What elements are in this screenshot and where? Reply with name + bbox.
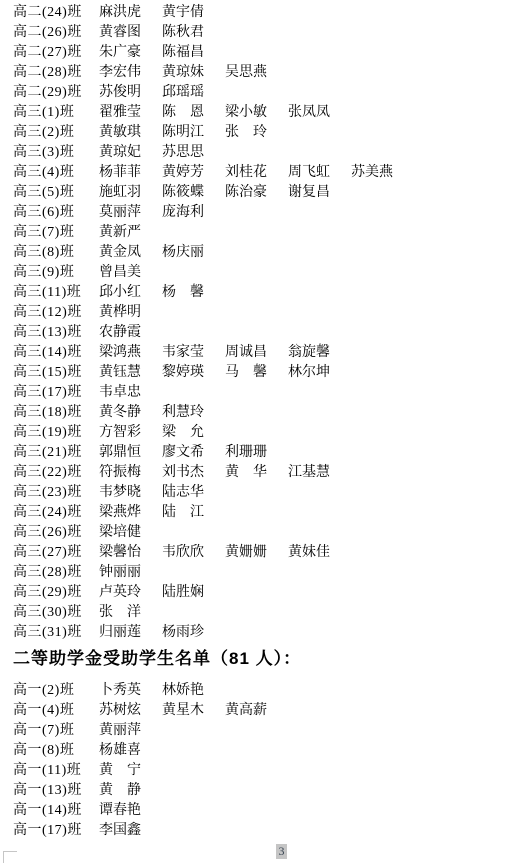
student-list-row: 高三(9)班曾昌美 [0, 263, 522, 283]
student-name: 符振梅 [99, 463, 162, 483]
student-list-row: 高三(28)班钟丽丽 [0, 563, 522, 583]
student-name: 李国鑫 [99, 821, 162, 841]
student-list-row: 高三(14)班梁鸿燕韦家莹周诚昌翁旋馨 [0, 343, 522, 363]
class-label: 高三(17)班 [13, 383, 99, 403]
student-list-row: 高三(3)班黄琼妃苏思思 [0, 143, 522, 163]
student-list-row: 高一(11)班黄 宁 [0, 761, 522, 781]
student-list-row: 高三(6)班莫丽萍庞海利 [0, 203, 522, 223]
student-name: 黄金凤 [99, 243, 162, 263]
student-name: 陈秋君 [162, 23, 225, 43]
class-label: 高三(18)班 [13, 403, 99, 423]
student-name: 周诚昌 [225, 343, 288, 363]
student-name: 黄妹佳 [288, 543, 351, 563]
student-name: 黄 华 [225, 463, 288, 483]
student-name: 周飞虹 [288, 163, 351, 183]
class-label: 高三(15)班 [13, 363, 99, 383]
student-list-row: 高二(29)班苏俊明邱瑶瑶 [0, 83, 522, 103]
student-name: 谢复昌 [288, 183, 351, 203]
student-list-row: 高三(18)班黄冬静利慧玲 [0, 403, 522, 423]
student-name: 梁燕烨 [99, 503, 162, 523]
student-name: 邱小红 [99, 283, 162, 303]
class-label: 高一(4)班 [13, 701, 99, 721]
document-page: 高二(24)班麻洪虎黄宇倩高二(26)班黄睿图陈秋君高二(27)班朱广豪陈福昌高… [0, 0, 522, 863]
student-list-row: 高三(17)班韦卓忠 [0, 383, 522, 403]
class-label: 高三(14)班 [13, 343, 99, 363]
student-name: 黄 静 [99, 781, 162, 801]
student-name: 黄敏琪 [99, 123, 162, 143]
class-label: 高三(19)班 [13, 423, 99, 443]
student-list-row: 高三(13)班农静霞 [0, 323, 522, 343]
student-list-row: 高三(31)班归丽莲杨雨珍 [0, 623, 522, 643]
student-name: 郭鼎恒 [99, 443, 162, 463]
student-list-row: 高三(2)班黄敏琪陈明江张 玲 [0, 123, 522, 143]
student-list-row: 高二(28)班李宏伟黄琼妹吴思燕 [0, 63, 522, 83]
second-tier-student-list: 高一(2)班卜秀英林娇艳高一(4)班苏树炫黄星木黄高薪高一(7)班黄丽萍高一(8… [0, 671, 522, 841]
student-list-row: 高二(27)班朱广豪陈福昌 [0, 43, 522, 63]
class-label: 高三(28)班 [13, 563, 99, 583]
student-list-row: 高二(24)班麻洪虎黄宇倩 [0, 3, 522, 23]
student-name: 陈筱蝶 [162, 183, 225, 203]
class-label: 高三(21)班 [13, 443, 99, 463]
student-name: 张凤凤 [288, 103, 351, 123]
student-name: 陈治豪 [225, 183, 288, 203]
student-name: 韦家莹 [162, 343, 225, 363]
class-label: 高二(27)班 [13, 43, 99, 63]
student-list-row: 高三(29)班卢英玲陆胜娴 [0, 583, 522, 603]
student-name: 林娇艳 [162, 681, 225, 701]
class-label: 高一(14)班 [13, 801, 99, 821]
student-list-row: 高三(23)班韦梦晓陆志华 [0, 483, 522, 503]
student-name: 李宏伟 [99, 63, 162, 83]
student-name: 卢英玲 [99, 583, 162, 603]
student-name: 谭春艳 [99, 801, 162, 821]
student-name: 黄高薪 [225, 701, 288, 721]
student-name: 归丽莲 [99, 623, 162, 643]
student-list-row: 高三(8)班黄金凤杨庆丽 [0, 243, 522, 263]
student-name: 陈明江 [162, 123, 225, 143]
student-name: 杨菲菲 [99, 163, 162, 183]
class-label: 高三(6)班 [13, 203, 99, 223]
class-label: 高二(26)班 [13, 23, 99, 43]
page-number-field: 3 [276, 844, 287, 859]
student-name: 方智彩 [99, 423, 162, 443]
student-list-row: 高一(13)班黄 静 [0, 781, 522, 801]
student-name: 韦卓忠 [99, 383, 162, 403]
student-name: 黄姗姗 [225, 543, 288, 563]
student-list-row: 高一(8)班杨雄喜 [0, 741, 522, 761]
class-label: 高三(22)班 [13, 463, 99, 483]
class-label: 高一(11)班 [13, 761, 99, 781]
student-name: 韦梦晓 [99, 483, 162, 503]
student-list-row: 高三(27)班梁馨怡韦欣欣黄姗姗黄妹佳 [0, 543, 522, 563]
student-list-row: 高三(7)班黄新严 [0, 223, 522, 243]
class-label: 高一(2)班 [13, 681, 99, 701]
student-name: 杨雄喜 [99, 741, 162, 761]
student-name: 张 洋 [99, 603, 162, 623]
student-name: 陈 恩 [162, 103, 225, 123]
class-label: 高三(31)班 [13, 623, 99, 643]
student-list-row: 高三(22)班符振梅刘书杰黄 华江基慧 [0, 463, 522, 483]
first-tier-student-list: 高二(24)班麻洪虎黄宇倩高二(26)班黄睿图陈秋君高二(27)班朱广豪陈福昌高… [0, 0, 522, 643]
student-name: 梁馨怡 [99, 543, 162, 563]
student-name: 黄琼妹 [162, 63, 225, 83]
class-label: 高一(7)班 [13, 721, 99, 741]
class-label: 高一(17)班 [13, 821, 99, 841]
student-name: 梁鸿燕 [99, 343, 162, 363]
student-list-row: 高一(14)班谭春艳 [0, 801, 522, 821]
student-name: 张 玲 [225, 123, 288, 143]
student-name: 黄丽萍 [99, 721, 162, 741]
student-name: 庞海利 [162, 203, 225, 223]
student-name: 梁培健 [99, 523, 162, 543]
student-name: 黄睿图 [99, 23, 162, 43]
student-name: 黄宇倩 [162, 3, 225, 23]
class-label: 高三(1)班 [13, 103, 99, 123]
page-corner-mark [3, 851, 17, 863]
student-name: 韦欣欣 [162, 543, 225, 563]
student-name: 梁小敏 [225, 103, 288, 123]
class-label: 高三(9)班 [13, 263, 99, 283]
student-list-row: 高一(4)班苏树炫黄星木黄高薪 [0, 701, 522, 721]
student-name: 陆 江 [162, 503, 225, 523]
student-list-row: 高三(15)班黄钰慧黎婷瑛马 馨林尔坤 [0, 363, 522, 383]
student-list-row: 高三(21)班郭鼎恒廖文希利珊珊 [0, 443, 522, 463]
student-name: 黄钰慧 [99, 363, 162, 383]
class-label: 高三(5)班 [13, 183, 99, 203]
student-name: 黄桦明 [99, 303, 162, 323]
student-name: 卜秀英 [99, 681, 162, 701]
student-name: 苏美燕 [351, 163, 414, 183]
class-label: 高三(30)班 [13, 603, 99, 623]
student-name: 刘书杰 [162, 463, 225, 483]
student-name: 吴思燕 [225, 63, 288, 83]
student-list-row: 高二(26)班黄睿图陈秋君 [0, 23, 522, 43]
class-label: 高三(4)班 [13, 163, 99, 183]
student-name: 黄琼妃 [99, 143, 162, 163]
student-list-row: 高三(30)班张 洋 [0, 603, 522, 623]
student-name: 利珊珊 [225, 443, 288, 463]
student-list-row: 高一(7)班黄丽萍 [0, 721, 522, 741]
student-name: 曾昌美 [99, 263, 162, 283]
student-list-row: 高三(11)班邱小红杨 馨 [0, 283, 522, 303]
class-label: 高一(13)班 [13, 781, 99, 801]
student-name: 杨庆丽 [162, 243, 225, 263]
student-name: 廖文希 [162, 443, 225, 463]
student-name: 陆胜娴 [162, 583, 225, 603]
student-name: 苏思思 [162, 143, 225, 163]
student-name: 莫丽萍 [99, 203, 162, 223]
student-list-row: 高一(2)班卜秀英林娇艳 [0, 681, 522, 701]
class-label: 高二(29)班 [13, 83, 99, 103]
student-name: 黄婷芳 [162, 163, 225, 183]
student-list-row: 高三(12)班黄桦明 [0, 303, 522, 323]
student-name: 农静霞 [99, 323, 162, 343]
student-name: 麻洪虎 [99, 3, 162, 23]
student-name: 邱瑶瑶 [162, 83, 225, 103]
class-label: 高三(23)班 [13, 483, 99, 503]
student-name: 陆志华 [162, 483, 225, 503]
class-label: 高三(12)班 [13, 303, 99, 323]
student-name: 刘桂花 [225, 163, 288, 183]
class-label: 高三(13)班 [13, 323, 99, 343]
student-name: 苏树炫 [99, 701, 162, 721]
class-label: 高三(29)班 [13, 583, 99, 603]
student-name: 钟丽丽 [99, 563, 162, 583]
student-list-row: 高三(19)班方智彩梁 允 [0, 423, 522, 443]
student-name: 黄星木 [162, 701, 225, 721]
student-name: 利慧玲 [162, 403, 225, 423]
student-name: 翟雅莹 [99, 103, 162, 123]
class-label: 高三(8)班 [13, 243, 99, 263]
student-name: 朱广豪 [99, 43, 162, 63]
student-name: 黄冬静 [99, 403, 162, 423]
class-label: 高二(28)班 [13, 63, 99, 83]
student-name: 苏俊明 [99, 83, 162, 103]
student-name: 施虹羽 [99, 183, 162, 203]
student-name: 黄 宁 [99, 761, 162, 781]
student-name: 黎婷瑛 [162, 363, 225, 383]
student-list-row: 高三(5)班施虹羽陈筱蝶陈治豪谢复昌 [0, 183, 522, 203]
class-label: 高一(8)班 [13, 741, 99, 761]
student-name: 林尔坤 [288, 363, 351, 383]
student-list-row: 高三(24)班梁燕烨陆 江 [0, 503, 522, 523]
student-name: 江基慧 [288, 463, 351, 483]
student-name: 黄新严 [99, 223, 162, 243]
class-label: 高三(24)班 [13, 503, 99, 523]
class-label: 高三(26)班 [13, 523, 99, 543]
student-list-row: 高三(4)班杨菲菲黄婷芳刘桂花周飞虹苏美燕 [0, 163, 522, 183]
class-label: 高三(2)班 [13, 123, 99, 143]
student-list-row: 高一(17)班李国鑫 [0, 821, 522, 841]
class-label: 高三(11)班 [13, 283, 99, 303]
class-label: 高二(24)班 [13, 3, 99, 23]
student-list-row: 高三(26)班梁培健 [0, 523, 522, 543]
student-name: 翁旋馨 [288, 343, 351, 363]
student-name: 陈福昌 [162, 43, 225, 63]
student-name: 马 馨 [225, 363, 288, 383]
student-name: 杨雨珍 [162, 623, 225, 643]
student-name: 杨 馨 [162, 283, 225, 303]
student-name: 梁 允 [162, 423, 225, 443]
class-label: 高三(3)班 [13, 143, 99, 163]
student-list-row: 高三(1)班翟雅莹陈 恩梁小敏张凤凤 [0, 103, 522, 123]
class-label: 高三(7)班 [13, 223, 99, 243]
class-label: 高三(27)班 [13, 543, 99, 563]
second-tier-heading: 二等助学金受助学生名单（81 人）： [13, 647, 522, 671]
